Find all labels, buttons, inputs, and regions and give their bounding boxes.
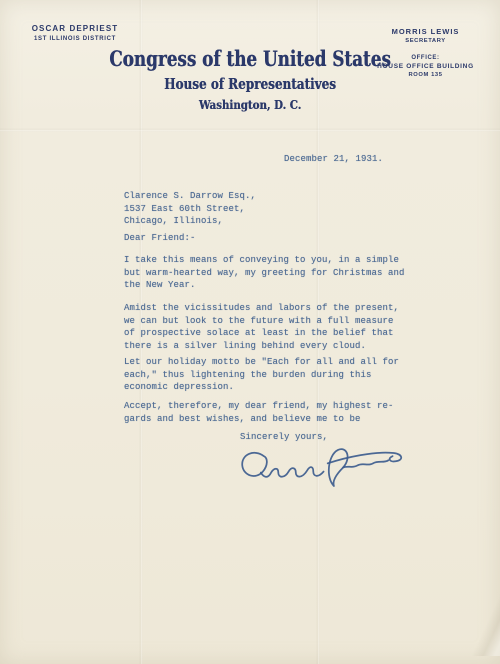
- body-paragraph-3: Let our holiday motto be "Each for all a…: [124, 356, 424, 394]
- handwritten-signature: [233, 440, 408, 498]
- office-building: HOUSE OFFICE BUILDING: [363, 63, 488, 70]
- letterhead-city-line: Washington, D. C.: [45, 97, 455, 112]
- letter-page: OSCAR DEPRIEST 1ST ILLINOIS DISTRICT Con…: [0, 0, 500, 664]
- paper-corner-wrinkle: [466, 576, 500, 656]
- letterhead-member-block: OSCAR DEPRIEST 1ST ILLINOIS DISTRICT: [20, 24, 130, 42]
- letter-date: December 21, 1931.: [284, 153, 383, 166]
- body-paragraph-4: Accept, therefore, my dear friend, my hi…: [124, 400, 424, 425]
- office-label: OFFICE:: [363, 55, 488, 61]
- office-room: ROOM 135: [363, 72, 488, 78]
- signature-ink-strokes: [233, 440, 408, 498]
- body-paragraph-1: I take this means of conveying to you, i…: [124, 254, 424, 292]
- secretary-title: SECRETARY: [363, 38, 488, 44]
- fold-crease-horizontal: [0, 128, 500, 132]
- member-name: OSCAR DEPRIEST: [20, 24, 130, 33]
- recipient-address: Clarence S. Darrow Esq., 1537 East 60th …: [124, 190, 256, 228]
- secretary-name: MORRIS LEWIS: [363, 27, 488, 36]
- salutation: Dear Friend:-: [124, 232, 196, 245]
- letterhead-secretary-block: MORRIS LEWIS SECRETARY OFFICE: HOUSE OFF…: [363, 27, 488, 78]
- member-district: 1ST ILLINOIS DISTRICT: [20, 36, 130, 42]
- body-paragraph-2: Amidst the vicissitudes and labors of th…: [124, 302, 424, 352]
